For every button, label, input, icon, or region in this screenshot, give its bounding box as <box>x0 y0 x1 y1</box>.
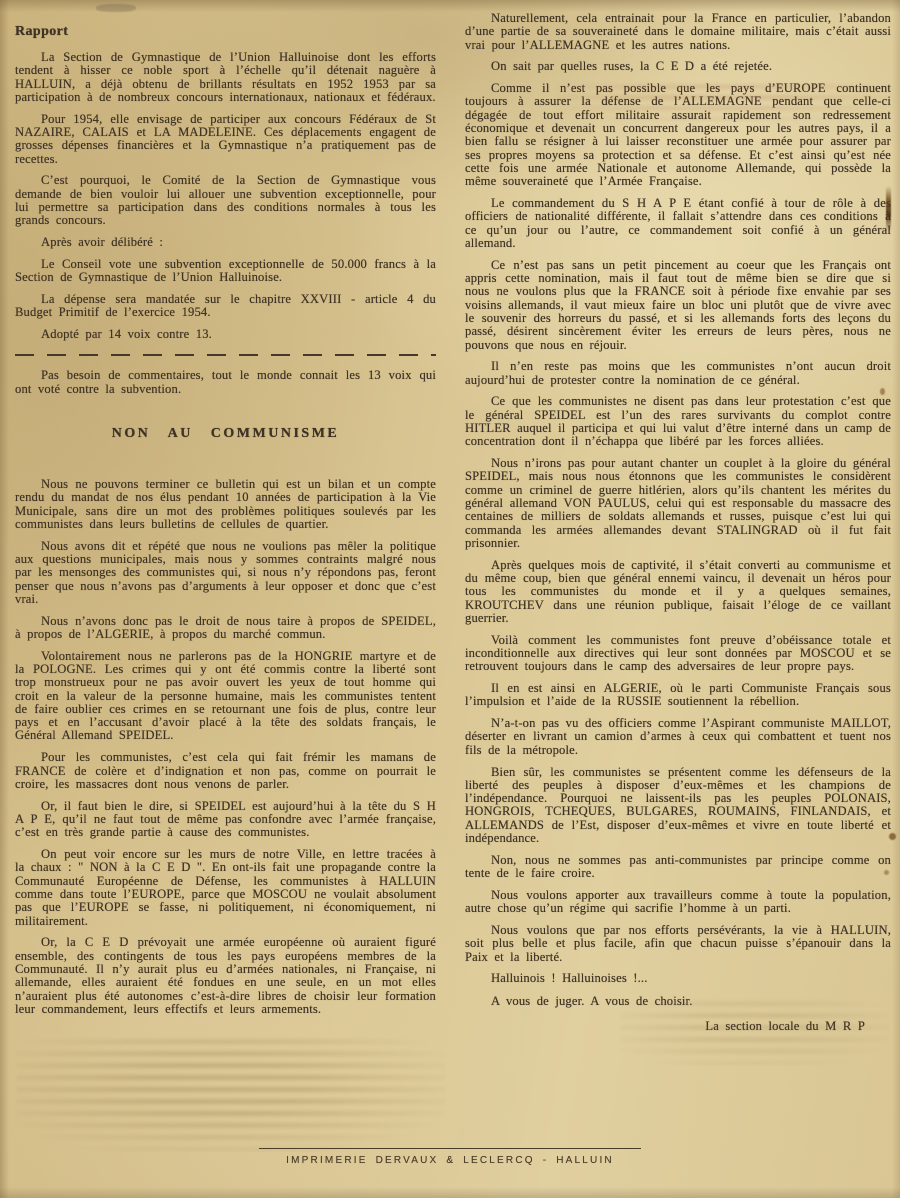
paragraph: La dépense sera mandatée sur le chapitre… <box>15 293 436 320</box>
paragraph: Naturellement, cela entrainait pour la F… <box>465 12 891 52</box>
right-column: Naturellement, cela entrainait pour la F… <box>465 12 891 1072</box>
imprint-text: IMPRIMERIE DERVAUX & LECLERCQ - HALLUIN <box>0 1155 900 1166</box>
paper-smudge <box>96 4 136 12</box>
paragraph: Pour 1954, elle envisage de participer a… <box>15 113 436 166</box>
paragraph: Il en est ainsi en ALGERIE, où le parti … <box>465 682 891 709</box>
paragraph: Voilà comment les communistes font preuv… <box>465 634 891 674</box>
paragraph: La Section de Gymnastique de l’Union Hal… <box>15 51 436 104</box>
dashed-separator <box>15 354 436 356</box>
paragraph: Non, nous ne sommes pas anti-communistes… <box>465 854 891 881</box>
imprint-footer: IMPRIMERIE DERVAUX & LECLERCQ - HALLUIN <box>0 1148 900 1166</box>
left-column: Rapport La Section de Gymnastique de l’U… <box>15 24 436 1039</box>
paragraph: On sait par quelles ruses, la C E D a ét… <box>465 60 891 73</box>
paragraph: Après avoir délibéré : <box>15 236 436 249</box>
paragraph: Nous avons dit et répété que nous ne vou… <box>15 540 436 606</box>
paragraph: Nous n’avons donc pas le droit de nous t… <box>15 615 436 642</box>
report-heading: Rapport <box>15 24 436 40</box>
paragraph: C’est pourquoi, le Comité de la Section … <box>15 174 436 227</box>
paragraph: Nous voulons apporter aux travailleurs c… <box>465 889 891 916</box>
paragraph: Nous voulons que par nos efforts persévé… <box>465 924 891 964</box>
bleedthrough-text-smudge <box>16 1032 446 1152</box>
exclamation-line: Halluinois ! Halluinoises !... <box>465 972 891 985</box>
section-heading-non-au-communisme: NON AU COMMUNISME <box>15 426 436 442</box>
paragraph: Or, il faut bien le dire, si SPEIDEL est… <box>15 800 436 840</box>
paragraph: Nous ne pouvons terminer ce bulletin qui… <box>15 478 436 531</box>
signature-line: La section locale du M R P <box>465 1020 891 1033</box>
paragraph: Or, la C E D prévoyait une armée europée… <box>15 936 436 1016</box>
paragraph: On peut voir encore sur les murs de notr… <box>15 848 436 928</box>
imprint-rule <box>259 1148 641 1149</box>
paragraph: Bien sûr, les communistes se présentent … <box>465 766 891 846</box>
paragraph: Pour les communistes, c’est cela qui fai… <box>15 751 436 791</box>
paragraph: Ce n’est pas sans un petit pincement au … <box>465 259 891 352</box>
scanned-bulletin-page: Rapport La Section de Gymnastique de l’U… <box>0 0 900 1198</box>
paragraph: Nous n’irons pas pour autant chanter un … <box>465 457 891 550</box>
paragraph: Comme il n’est pas possible que les pays… <box>465 82 891 188</box>
paragraph: Le commandement du S H A P E étant confi… <box>465 197 891 250</box>
paragraph: Pas besoin de commentaires, tout le mond… <box>15 369 436 396</box>
closing-line: A vous de juger. A vous de choisir. <box>465 995 891 1008</box>
paragraph: Après quelques mois de captivité, il s’é… <box>465 559 891 625</box>
paragraph: Adopté par 14 voix contre 13. <box>15 328 436 341</box>
paragraph: Volontairement nous ne parlerons pas de … <box>15 650 436 743</box>
paragraph: Le Conseil vote une subvention exception… <box>15 258 436 285</box>
paragraph: N’a-t-on pas vu des officiers comme l’As… <box>465 717 891 757</box>
paragraph: Il n’en reste pas moins que les communis… <box>465 360 891 387</box>
paragraph: Ce que les communistes ne disent pas dan… <box>465 395 891 448</box>
